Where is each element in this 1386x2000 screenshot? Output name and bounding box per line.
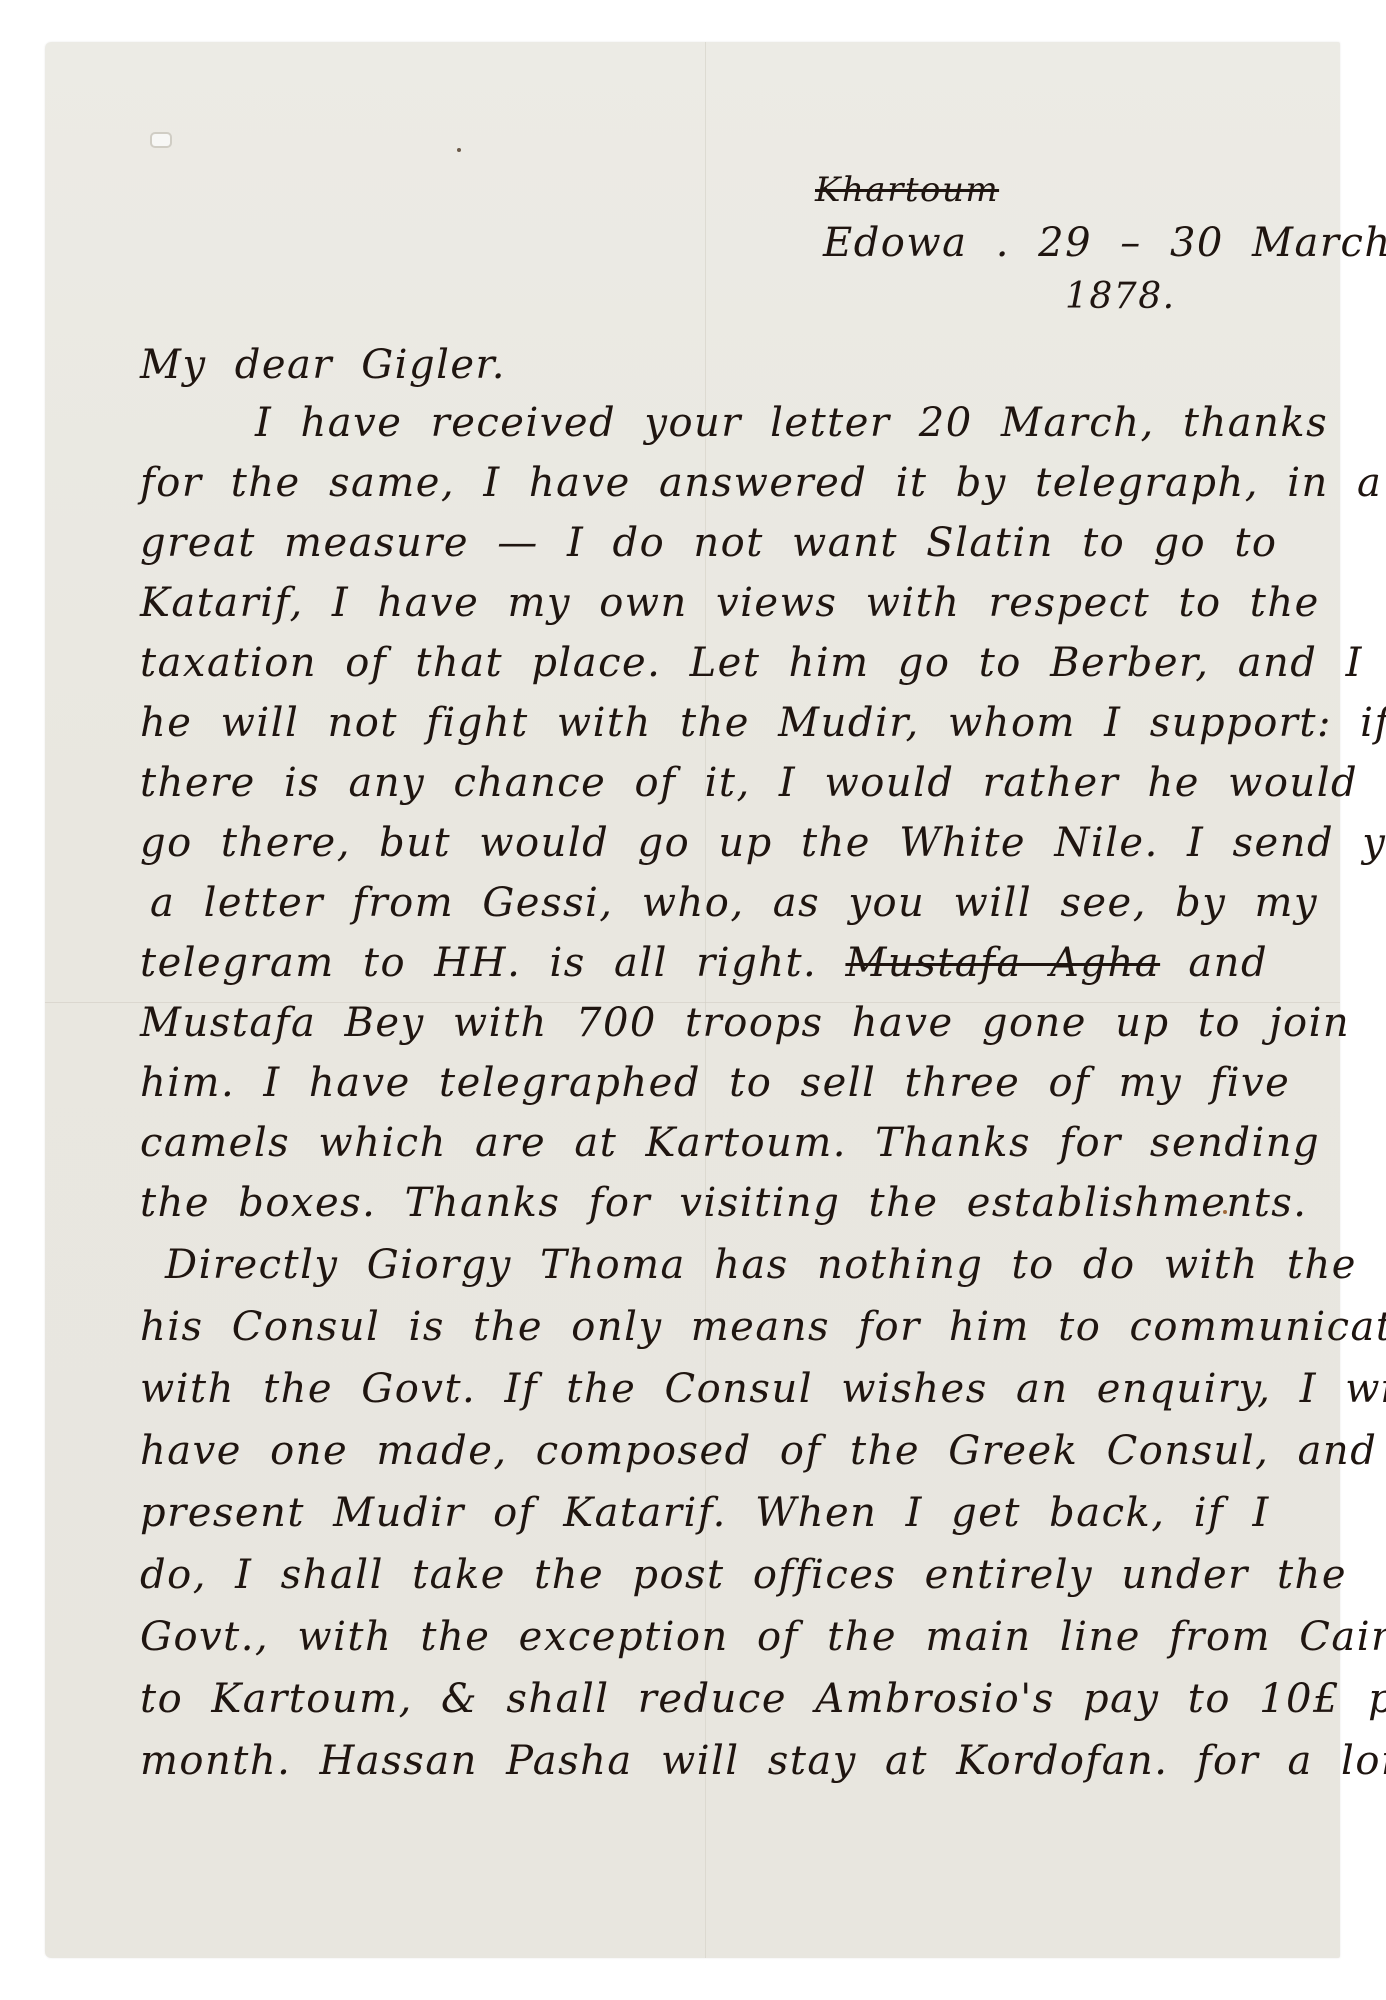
- letter-line: have one made, composed of the Greek Con…: [140, 1428, 1386, 1474]
- letter-line-text: telegram to HH. is all right.: [140, 940, 817, 986]
- letter-line: he will not fight with the Mudir, whom I…: [140, 700, 1386, 746]
- letter-line: do, I shall take the post offices entire…: [140, 1552, 1347, 1598]
- letter-line: Govt., with the exception of the main li…: [140, 1614, 1386, 1660]
- letter-line: for the same, I have answered it by tele…: [140, 460, 1382, 506]
- letter-line: great measure — I do not want Slatin to …: [140, 520, 1278, 566]
- letter-line: his Consul is the only means for him to …: [140, 1304, 1386, 1350]
- letter-line: Katarif, I have my own views with respec…: [140, 580, 1320, 626]
- letter-place-date: Edowa . 29 – 30 March: [823, 220, 1386, 266]
- letter-line-tail: and: [1188, 940, 1268, 986]
- letter-line: telegram to HH. is all right. Mustafa Ag…: [140, 940, 1268, 986]
- struck-place-name: Khartoum: [815, 170, 999, 210]
- salutation: My dear Gigler.: [140, 342, 506, 388]
- letter-line: to Kartoum, & shall reduce Ambrosio's pa…: [140, 1676, 1386, 1722]
- letter-line: him. I have telegraphed to sell three of…: [140, 1060, 1290, 1106]
- letter-line: with the Govt. If the Consul wishes an e…: [140, 1366, 1386, 1412]
- letter-line: present Mudir of Katarif. When I get bac…: [140, 1490, 1270, 1536]
- letter-line: there is any chance of it, I would rathe…: [140, 760, 1386, 806]
- letter-line: a letter from Gessi, who, as you will se…: [150, 880, 1318, 926]
- pin-hole: [152, 134, 170, 146]
- ink-speck: [457, 148, 461, 152]
- letter-page: Khartoum Edowa . 29 – 30 March 1878. My …: [45, 42, 1340, 1958]
- letter-line: Mustafa Bey with 700 troops have gone up…: [140, 1000, 1350, 1046]
- letter-year: 1878.: [1065, 276, 1176, 317]
- letter-line: go there, but would go up the White Nile…: [140, 820, 1386, 866]
- struck-word: Mustafa Agha: [845, 940, 1160, 986]
- letter-line: I have received your letter 20 March, th…: [255, 400, 1328, 446]
- letter-line: camels which are at Kartoum. Thanks for …: [140, 1120, 1320, 1166]
- letter-line: the boxes. Thanks for visiting the estab…: [140, 1180, 1308, 1226]
- letter-line: taxation of that place. Let him go to Be…: [140, 640, 1386, 686]
- letter-line: Directly Giorgy Thoma has nothing to do …: [165, 1242, 1386, 1288]
- letter-line: month. Hassan Pasha will stay at Kordofa…: [140, 1738, 1386, 1784]
